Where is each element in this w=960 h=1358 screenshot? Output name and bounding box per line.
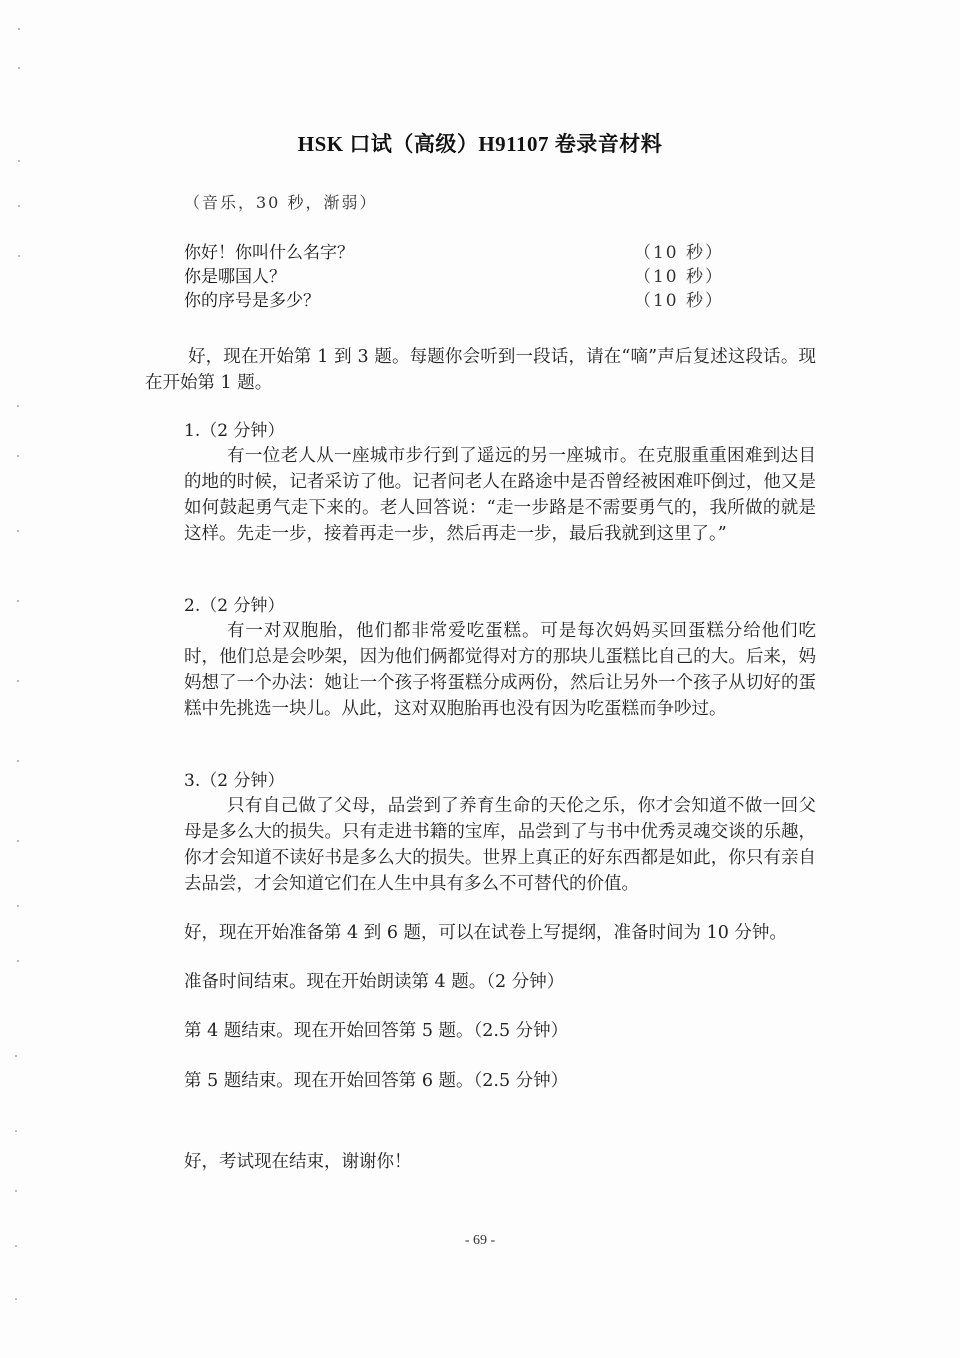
scan-speck: [18, 205, 20, 207]
scan-speck: [18, 255, 20, 257]
item-2-heading: 2.（2 分钟）: [184, 593, 284, 619]
warmup-time: （10 秒）: [634, 240, 724, 266]
scan-speck: [17, 405, 19, 407]
item-3-heading: 3.（2 分钟）: [184, 768, 284, 794]
document-title: HSK 口试（高级）H91107 卷录音材料: [0, 128, 960, 158]
item-2-text: 有一对双胞胎，他们都非常爱吃蛋糕。可是每次妈妈买回蛋糕分给他们吃时，他们总是会吵…: [184, 618, 816, 722]
scan-speck: [17, 840, 19, 842]
item-1-heading: 1.（2 分钟）: [184, 418, 284, 444]
document-page: HSK 口试（高级）H91107 卷录音材料 （音乐，30 秒，渐弱） 你好！你…: [0, 0, 960, 1358]
warmup-question: 你是哪国人？: [184, 264, 286, 290]
scan-speck: [17, 905, 19, 907]
scan-speck: [18, 28, 20, 30]
warmup-question-row: 你是哪国人？ （10 秒）: [184, 264, 724, 290]
scan-speck: [15, 1055, 17, 1057]
item-3-text: 只有自己做了父母，品尝到了养育生命的天伦之乐，你才会知道不做一回父母是多么大的损…: [184, 793, 816, 897]
warmup-question-row: 你好！你叫什么名字？ （10 秒）: [184, 240, 724, 266]
music-note: （音乐，30 秒，渐弱）: [184, 190, 377, 213]
scan-speck: [15, 1190, 17, 1192]
scan-speck: [17, 680, 19, 682]
warmup-time: （10 秒）: [634, 288, 724, 314]
step-4-instruction: 准备时间结束。现在开始朗读第 4 题。（2 分钟）: [184, 969, 564, 995]
scan-speck: [18, 160, 20, 162]
step-5-instruction: 第 4 题结束。现在开始回答第 5 题。（2.5 分钟）: [184, 1018, 568, 1044]
scan-speck: [17, 530, 19, 532]
item-1-text: 有一位老人从一座城市步行到了遥远的另一座城市。在克服重重困难到达目的地的时候，记…: [184, 443, 816, 547]
instructions-1-3: 好，现在开始第 1 到 3 题。每题你会听到一段话，请在“嘀”声后复述这段话。现…: [145, 344, 816, 396]
page-number: - 69 -: [0, 1233, 960, 1249]
scan-speck: [15, 1245, 17, 1247]
scan-speck: [17, 455, 19, 457]
scan-speck: [15, 1298, 17, 1300]
scan-speck: [17, 960, 19, 962]
scan-speck: [18, 67, 20, 69]
scan-speck: [17, 760, 19, 762]
warmup-question-row: 你的序号是多少？ （10 秒）: [184, 288, 724, 314]
scan-speck: [15, 1130, 17, 1132]
step-6-instruction: 第 5 题结束。现在开始回答第 6 题。（2.5 分钟）: [184, 1068, 568, 1094]
warmup-time: （10 秒）: [634, 264, 724, 290]
scan-speck: [17, 600, 19, 602]
closing-statement: 好，考试现在结束，谢谢你！: [184, 1149, 412, 1175]
warmup-question: 你好！你叫什么名字？: [184, 240, 354, 266]
prep-instruction: 好，现在开始准备第 4 到 6 题，可以在试卷上写提纲，准备时间为 10 分钟。: [184, 920, 787, 946]
warmup-question: 你的序号是多少？: [184, 288, 320, 314]
